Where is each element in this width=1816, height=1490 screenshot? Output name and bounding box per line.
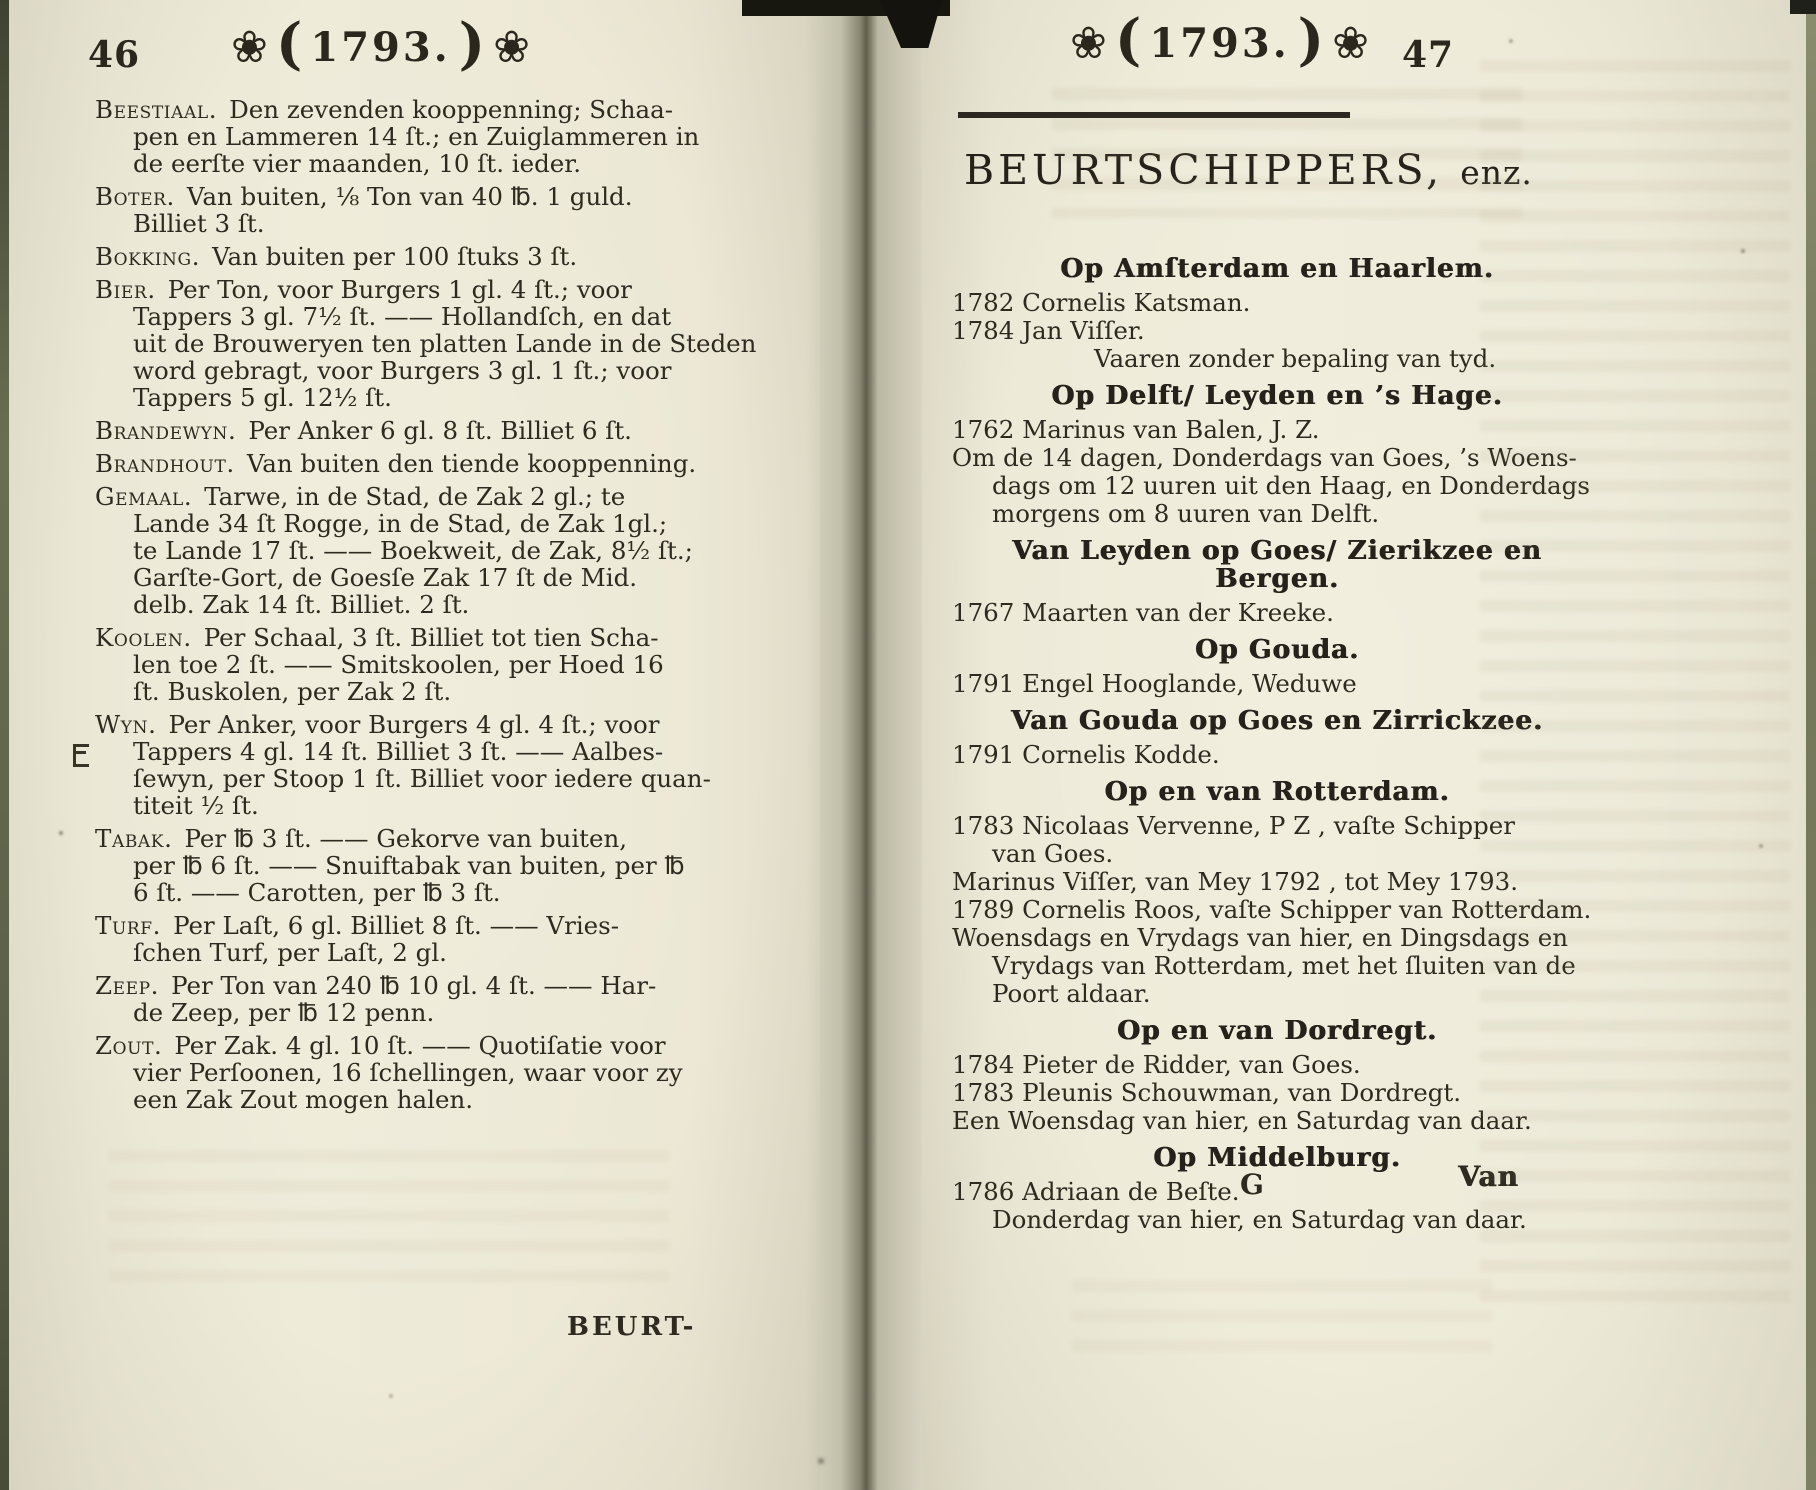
tariff-text: Per Anker 6 gl. 8 ſt. Billiet 6 ſt. [248,416,632,445]
tariff-line: Tappers 3 gl. 7½ ſt. —— Hollandſch, en d… [95,303,735,330]
tariff-text: ſewyn, per Stoop 1 ſt. Billiet voor iede… [133,764,711,793]
tariff-line: delb. Zak 14 ſt. Billiet. 2 ſt. [95,591,735,618]
tariff-term: Brandhout. [95,449,235,478]
show-through [109,1150,669,1290]
tariff-line: uit de Brouweryen ten platten Lande in d… [95,330,735,357]
tariff-line: Wyn.Per Anker, voor Burgers 4 gl. 4 ſt.;… [95,711,735,738]
beurtschippers-list: Op Amſterdam en Haarlem.1782 Cornelis Ka… [952,246,1602,1234]
tariff-line: Lande 34 ſt Rogge, in de Stad, de Zak 1g… [95,510,735,537]
section-rule [958,112,1350,118]
tariff-text: 6 ſt. —— Carotten, per ℔ 3 ſt. [133,878,501,907]
tariff-line: len toe 2 ſt. —— Smitskoolen, per Hoed 1… [95,651,735,678]
catchword-right: Van [1458,1160,1519,1193]
tariff-text: ſchen Turf, per Laſt, 2 gl. [133,938,447,967]
tariff-term: Brandewyn. [95,416,236,445]
tariff-text: Billiet 3 ſt. [133,209,265,238]
tariff-line: titeit ½ ſt. [95,792,735,819]
tariff-term: Beestiaal. [95,95,217,124]
ornament-year: 1793. [310,24,450,71]
tariff-text: de Zeep, per ℔ 12 penn. [133,998,434,1027]
schipper-line: van Goes. [952,840,1602,868]
tariff-text: te Lande 17 ſt. —— Boekweit, de Zak, 8½ … [133,536,693,565]
tariff-text: Van buiten den tiende kooppenning. [247,449,696,478]
flower-ornament-icon: ❀ [231,26,268,70]
tariff-text: de eerſte vier maanden, 10 ſt. ieder. [133,149,581,178]
tariff-text: Per ℔ 3 ſt. —— Gekorve van buiten, [184,824,627,853]
page-46: 46 ❀(1793.)❀ Beestiaal.Den zevenden koop… [9,0,820,1490]
schipper-line: Donderdag van hier, en Saturdag van daar… [952,1206,1602,1234]
tariff-line: Brandewyn.Per Anker 6 gl. 8 ſt. Billiet … [95,417,735,444]
print-artifact [73,744,89,767]
tariff-text: Garſte-Gort, de Goesſe Zak 17 ſt de Mid. [133,563,637,592]
tariff-text: Per Ton van 240 ℔ 10 gl. 4 ſt. —— Har- [171,971,656,1000]
schipper-line: Een Woensdag van hier, en Saturdag van d… [952,1107,1602,1135]
tariff-text: Tappers 3 gl. 7½ ſt. —— Hollandſch, en d… [133,302,671,331]
tariff-line: vier Perſoonen, 16 ſchellingen, waar voo… [95,1059,735,1086]
tariff-line: Bokking.Van buiten per 100 ſtuks 3 ſt. [95,243,735,270]
tariff-line: ſchen Turf, per Laſt, 2 gl. [95,939,735,966]
tariff-line: Bier.Per Ton, voor Burgers 1 gl. 4 ſt.; … [95,276,735,303]
tariff-text: uit de Brouweryen ten platten Lande in d… [133,329,756,358]
tariff-text: ſt. Buskolen, per Zak 2 ſt. [133,677,451,706]
tariff-line: ſt. Buskolen, per Zak 2 ſt. [95,678,735,705]
tariff-term: Wyn. [95,710,156,739]
tariff-line: Koolen.Per Schaal, 3 ſt. Billiet tot tie… [95,624,735,651]
page-number-left: 46 [88,34,140,76]
show-through [1072,1280,1492,1370]
ornament-paren-close: ) [459,22,486,67]
tariff-line: de Zeep, per ℔ 12 penn. [95,999,735,1026]
schipper-line: 1791 Engel Hooglande, Weduwe [952,670,1602,698]
tariff-line: Brandhout.Van buiten den tiende kooppenn… [95,450,735,477]
route-heading: Van Leyden op Goes/ Zierikzee en Bergen. [952,537,1602,593]
tariff-text: titeit ½ ſt. [133,791,259,820]
note-line: Vaaren zonder bepaling van tyd. [952,345,1602,373]
tariff-text: word gebragt, voor Burgers 3 gl. 1 ſt.; … [133,356,671,385]
schipper-line: morgens om 8 uuren van Delft. [952,500,1602,528]
tariff-text: Per Schaal, 3 ſt. Billiet tot tien Scha- [204,623,659,652]
schipper-line: 1789 Cornelis Roos, vaſte Schipper van R… [952,896,1602,924]
tariff-text: Tappers 5 gl. 12½ ſt. [133,383,392,412]
schipper-line: 1783 Nicolaas Vervenne, P Z , vaſte Schi… [952,812,1602,840]
tariff-line: word gebragt, voor Burgers 3 gl. 1 ſt.; … [95,357,735,384]
tariff-term: Zout. [95,1031,162,1060]
tariff-term: Bokking. [95,242,200,271]
tariff-term: Boter. [95,182,175,211]
route-heading: Op Gouda. [952,636,1602,664]
schipper-line: 1762 Marinus van Balen, J. Z. [952,416,1602,444]
tariff-text: Per Zak. 4 gl. 10 ſt. —— Quotiſatie voor [174,1031,665,1060]
tariff-text: een Zak Zout mogen halen. [133,1085,473,1114]
flower-ornament-icon: ❀ [493,26,530,70]
tariff-text: Per Ton, voor Burgers 1 gl. 4 ſt.; voor [168,275,632,304]
tariff-term: Koolen. [95,623,192,652]
tariff-line: per ℔ 6 ſt. —— Snuiftabak van buiten, pe… [95,852,735,879]
tariff-line: te Lande 17 ſt. —— Boekweit, de Zak, 8½ … [95,537,735,564]
book-scan: { "ornament": { "flower_left": "❀", "par… [0,0,1816,1490]
schipper-line: Om de 14 dagen, Donderdags van Goes, ’s … [952,444,1602,472]
route-heading: Op Delft/ Leyden en ’s Hage. [952,382,1602,410]
tariff-term: Turf. [95,911,161,940]
section-title-main: BEURTSCHIPPERS, [964,146,1443,194]
flower-ornament-icon: ❀ [1070,22,1107,66]
section-title-suffix: enz. [1460,153,1533,192]
schipper-line: 1791 Cornelis Kodde. [952,741,1602,769]
tariff-line: Tabak.Per ℔ 3 ſt. —— Gekorve van buiten, [95,825,735,852]
ornament-paren-open: ( [1115,18,1142,63]
schipper-line: 1767 Maarten van der Kreeke. [952,599,1602,627]
route-heading: Op en van Rotterdam. [952,778,1602,806]
year-ornament-left: ❀(1793.)❀ [231,24,530,71]
year-ornament-right: ❀(1793.)❀ [1070,20,1369,67]
tariff-text: pen en Lammeren 14 ſt.; en Zuiglammeren … [133,122,699,151]
schipper-line: Vrydags van Rotterdam, met het ſluiten v… [952,952,1602,980]
tariff-line: Boter.Van buiten, ⅛ Ton van 40 ℔. 1 guld… [95,183,735,210]
book-gutter-shadow [806,0,922,1490]
schipper-line: 1784 Pieter de Ridder, van Goes. [952,1051,1602,1079]
book-right-edge [1806,0,1816,1490]
tariff-text: len toe 2 ſt. —— Smitskoolen, per Hoed 1… [133,650,664,679]
schipper-line: Poort aldaar. [952,980,1602,1008]
route-heading: Op en van Dordregt. [952,1017,1602,1045]
schipper-line: 1784 Jan Viſſer. [952,317,1602,345]
tariff-term: Gemaal. [95,482,192,511]
tariff-list: Beestiaal.Den zevenden kooppenning; Scha… [95,90,735,1113]
page-47: ❀(1793.)❀ 47 BEURTSCHIPPERS, enz. Op Amſ… [922,0,1806,1490]
ornament-year: 1793. [1149,20,1289,67]
schipper-line: 1782 Cornelis Katsman. [952,289,1602,317]
tariff-text: Per Anker, voor Burgers 4 gl. 4 ſt.; voo… [168,710,659,739]
catchword-left: BEURT- [567,1312,696,1342]
tariff-text: Lande 34 ſt Rogge, in de Stad, de Zak 1g… [133,509,667,538]
section-title: BEURTSCHIPPERS, enz. [964,146,1533,194]
ornament-paren-open: ( [276,22,303,67]
schipper-line: 1783 Pleunis Schouwman, van Dordregt. [952,1079,1602,1107]
tariff-line: 6 ſt. —— Carotten, per ℔ 3 ſt. [95,879,735,906]
tariff-text: Den zevenden kooppenning; Schaa- [229,95,673,124]
tariff-line: Billiet 3 ſt. [95,210,735,237]
corner-shadow [1790,0,1816,14]
tariff-term: Bier. [95,275,156,304]
tariff-line: Zout.Per Zak. 4 gl. 10 ſt. —— Quotiſatie… [95,1032,735,1059]
tariff-term: Tabak. [95,824,172,853]
gathering-signature: G [1240,1168,1264,1201]
tariff-line: de eerſte vier maanden, 10 ſt. ieder. [95,150,735,177]
tariff-text: delb. Zak 14 ſt. Billiet. 2 ſt. [133,590,469,619]
schipper-line: dags om 12 uuren uit den Haag, en Donder… [952,472,1602,500]
route-heading: Op Amſterdam en Haarlem. [952,255,1602,283]
route-heading: Van Gouda op Goes en Zirrickzee. [952,707,1602,735]
tariff-line: een Zak Zout mogen halen. [95,1086,735,1113]
tariff-text: vier Perſoonen, 16 ſchellingen, waar voo… [133,1058,683,1087]
tariff-line: Tappers 4 gl. 14 ſt. Billiet 3 ſt. —— Aa… [95,738,735,765]
book-left-edge [0,0,9,1490]
tariff-term: Zeep. [95,971,159,1000]
schipper-line: Woensdags en Vrydags van hier, en Dingsd… [952,924,1602,952]
tariff-line: Turf.Per Laſt, 6 gl. Billiet 8 ſt. —— Vr… [95,912,735,939]
tariff-line: ſewyn, per Stoop 1 ſt. Billiet voor iede… [95,765,735,792]
ornament-paren-close: ) [1298,18,1325,63]
tariff-line: Beestiaal.Den zevenden kooppenning; Scha… [95,96,735,123]
tariff-line: pen en Lammeren 14 ſt.; en Zuiglammeren … [95,123,735,150]
tariff-line: Gemaal.Tarwe, in de Stad, de Zak 2 gl.; … [95,483,735,510]
tariff-text: Van buiten, ⅛ Ton van 40 ℔. 1 guld. [187,182,633,211]
tariff-text: Tarwe, in de Stad, de Zak 2 gl.; te [204,482,625,511]
tariff-text: Per Laſt, 6 gl. Billiet 8 ſt. —— Vries- [173,911,619,940]
tariff-line: Tappers 5 gl. 12½ ſt. [95,384,735,411]
tariff-text: Tappers 4 gl. 14 ſt. Billiet 3 ſt. —— Aa… [133,737,663,766]
paper-specks [0,0,2,2]
tariff-text: per ℔ 6 ſt. —— Snuiftabak van buiten, pe… [133,851,685,880]
tariff-text: Van buiten per 100 ſtuks 3 ſt. [212,242,577,271]
schipper-line: Marinus Viſſer, van Mey 1792 , tot Mey 1… [952,868,1602,896]
page-number-right: 47 [1402,34,1454,76]
tariff-line: Garſte-Gort, de Goesſe Zak 17 ſt de Mid. [95,564,735,591]
flower-ornament-icon: ❀ [1332,22,1369,66]
tariff-line: Zeep.Per Ton van 240 ℔ 10 gl. 4 ſt. —— H… [95,972,735,999]
